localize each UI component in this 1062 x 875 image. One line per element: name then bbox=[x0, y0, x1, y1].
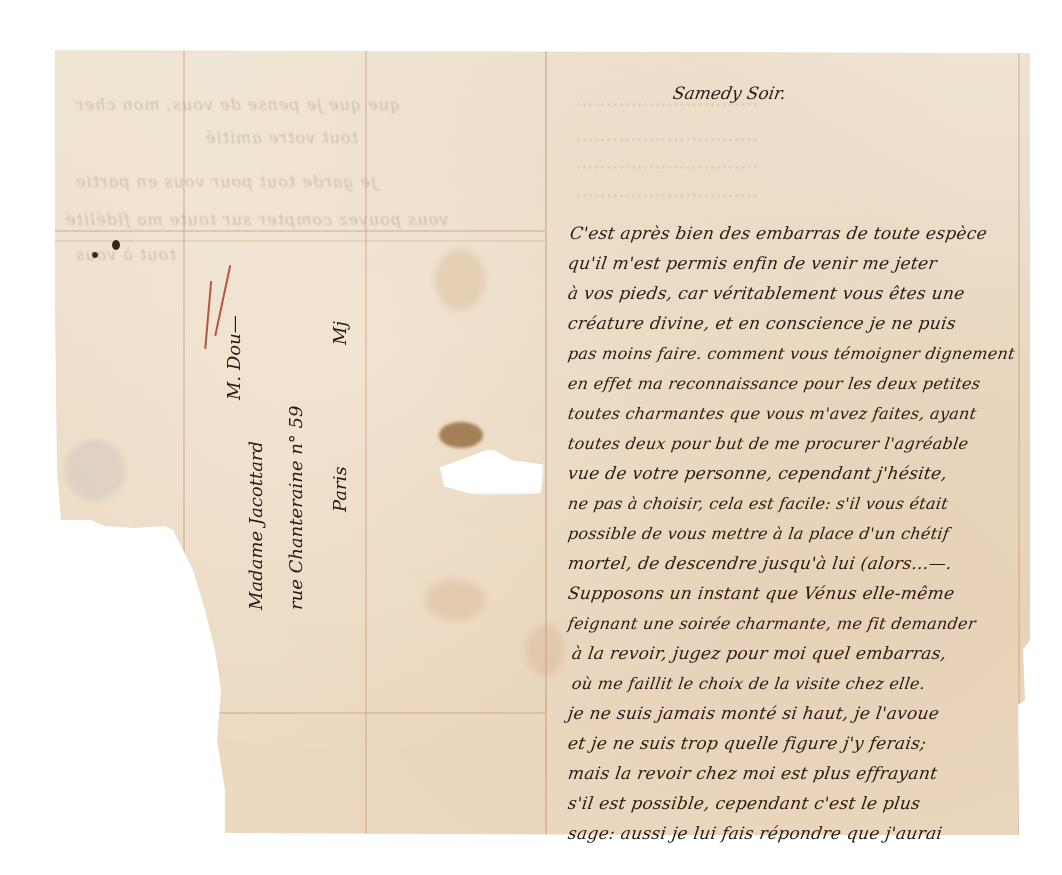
letter-line: à vos pieds, car véritablement vous êtes… bbox=[567, 284, 966, 304]
bleed-through-line: ······························ bbox=[575, 130, 758, 149]
letter-line: qu'il m'est permis enfin de venir me jet… bbox=[567, 254, 939, 274]
bleed-through-line: je garde tout pour vous en partie bbox=[75, 172, 376, 191]
address-recipient-title: M. Dou— bbox=[224, 315, 245, 400]
letter-line: Supposons un instant que Vénus elle-même bbox=[567, 584, 956, 604]
fold-line-vertical bbox=[183, 50, 185, 835]
address-city: Paris bbox=[330, 466, 351, 512]
address-recipient-name: Madame Jacottard bbox=[246, 441, 267, 610]
paper-stain bbox=[435, 250, 485, 310]
paper-stain bbox=[425, 580, 485, 620]
letter-line: mais la revoir chez moi est plus effraya… bbox=[567, 764, 939, 784]
letter-line: en effet ma reconnaissance pour les deux… bbox=[567, 374, 982, 393]
letter-dateline: Samedy Soir. bbox=[671, 84, 787, 104]
letter-line: mortel, de descendre jusqu'à lui (alors.… bbox=[567, 554, 954, 574]
letter-line: C'est après bien des embarras de toute e… bbox=[569, 224, 989, 244]
red-annotation-stroke bbox=[204, 281, 211, 349]
bleed-through-line: tout à vous bbox=[75, 245, 176, 264]
letter-line: à la revoir, jugez pour moi quel embarra… bbox=[571, 644, 948, 664]
damage-stain bbox=[439, 422, 483, 448]
letter-line: pas moins faire. comment vous témoigner … bbox=[567, 344, 1017, 363]
paper-hole bbox=[433, 448, 545, 496]
letter-line: ne pas à choisir, cela est facile: s'il … bbox=[567, 494, 950, 513]
fold-line-vertical bbox=[365, 50, 367, 835]
letter-line: toutes deux pour but de me procurer l'ag… bbox=[567, 434, 970, 453]
address-mark: Mj bbox=[330, 321, 351, 345]
bleed-through-line: que que je pense de vous, mon cher bbox=[75, 95, 400, 114]
letter-line: toutes charmantes que vous m'avez faites… bbox=[567, 404, 978, 423]
letter-line: où me faillit le choix de la visite chez… bbox=[571, 674, 927, 693]
letter-line: s'il est possible, cependant c'est le pl… bbox=[567, 794, 922, 814]
bleed-through-line: tout votre amitié bbox=[205, 128, 358, 147]
letter-line: je ne suis jamais monté si haut, je l'av… bbox=[567, 704, 941, 724]
address-street: rue Chanteraine n° 59 bbox=[286, 406, 307, 610]
fold-line-horizontal bbox=[215, 712, 545, 714]
fold-line-horizontal bbox=[55, 230, 545, 232]
letter-line: créature divine, et en conscience je ne … bbox=[567, 314, 958, 334]
paper-stain bbox=[65, 440, 125, 500]
letter-line: et je ne suis trop quelle figure j'y fer… bbox=[567, 734, 928, 754]
paper-stain bbox=[525, 625, 565, 675]
letter-line: possible de vous mettre à la place d'un … bbox=[567, 524, 951, 543]
fold-line-horizontal bbox=[55, 240, 545, 242]
bleed-through-line: vous pouvez compter sur toute ma fidélit… bbox=[65, 210, 448, 229]
letter-line: vue de votre personne, cependant j'hésit… bbox=[567, 464, 949, 484]
fold-line-vertical bbox=[1018, 50, 1020, 835]
letter-line: sage: aussi je lui fais répondre que j'a… bbox=[567, 824, 944, 844]
letter-body: C'est après bien des embarras de toute e… bbox=[568, 172, 968, 762]
fold-line-center bbox=[545, 50, 547, 835]
letter-line: feignant une soirée charmante, me fit de… bbox=[567, 614, 978, 633]
